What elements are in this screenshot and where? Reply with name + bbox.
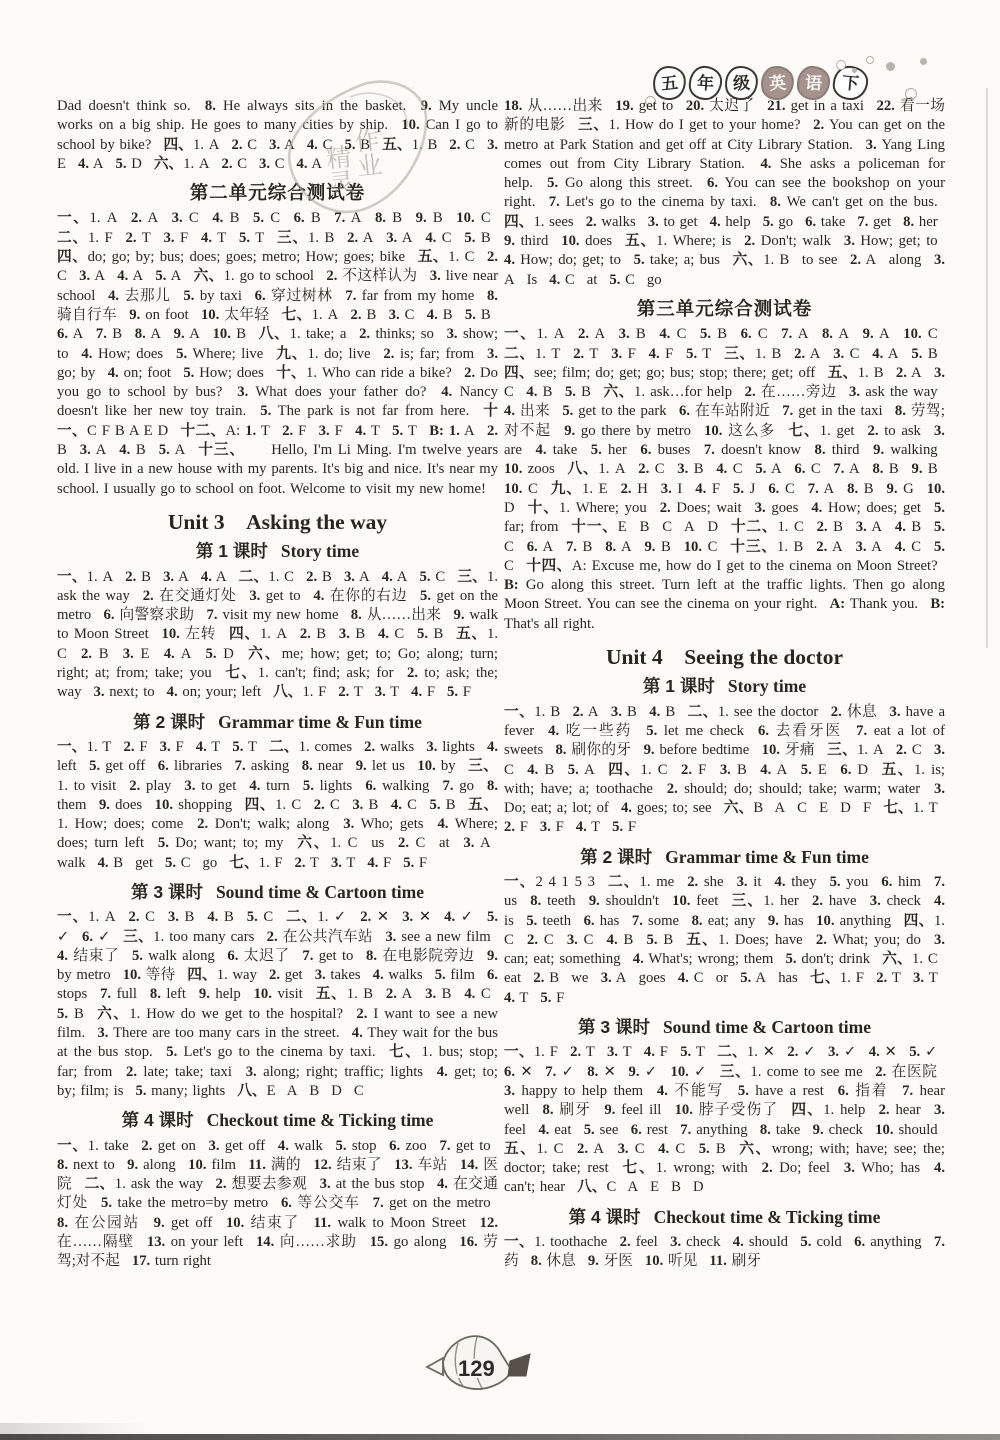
page-number: 129 <box>458 1356 495 1381</box>
unit3-lesson3-answers: 一、1. A 2. C 3. B 4. B 5. C 二、1. ✓ 2. ✕ 3… <box>57 908 498 1101</box>
unit3-lesson4-title: 第 4 课时Checkout time & Ticking time <box>57 1111 498 1130</box>
scan-edge-artifact <box>986 88 988 648</box>
lesson-number: 第 3 课时 <box>578 1017 650 1037</box>
lesson-name: Story time <box>728 676 806 696</box>
right-column: 18. 从……出来 19. get to 20. 太迟了 21. get in … <box>504 97 945 1274</box>
unit3-lesson1-answers: 一、1. A 2. B 3. A 4. A 二、1. C 2. B 3. A 4… <box>57 568 498 703</box>
scanned-answer-key-page: 五 年 级 英 语 下 作业 精灵 Dad doesn't think so. … <box>0 0 1000 1440</box>
deco-dot <box>866 56 874 64</box>
lesson-number: 第 1 课时 <box>643 676 715 696</box>
unit4-lesson2-title: 第 2 课时Grammar time & Fun time <box>504 848 945 867</box>
unit4-title: Unit 4 Seeing the doctor <box>504 648 945 667</box>
scan-edge-artifact <box>0 1434 1000 1440</box>
lesson-name: Grammar time & Fun time <box>218 712 422 732</box>
lesson-name: Sound time & Cartoon time <box>216 882 424 902</box>
unit3-lesson3-title: 第 3 课时Sound time & Cartoon time <box>57 883 498 902</box>
lesson-number: 第 2 课时 <box>133 712 205 732</box>
deco-dot <box>920 58 927 65</box>
lesson-number: 第 2 课时 <box>580 847 652 867</box>
book-title-logo: 五 年 级 英 语 下 <box>653 66 868 100</box>
lesson-name: Checkout time & Ticking time <box>207 1110 434 1130</box>
unit2-test-answers: 一、1. A 2. A 3. C 4. B 5. C 6. B 7. A 8. … <box>57 209 498 498</box>
unit3-lesson1-title: 第 1 课时Story time <box>57 542 498 561</box>
unit3-lesson4-answers-continued: 18. 从……出来 19. get to 20. 太迟了 21. get in … <box>504 97 945 290</box>
unit3-lesson2-answers: 一、1. T 2. F 3. F 4. T 5. T 二、1. comes 2.… <box>57 738 498 873</box>
unit3-test-title: 第三单元综合测试卷 <box>504 299 945 318</box>
unit3-lesson4-answers: 一、1. take 2. get on 3. get off 4. walk 5… <box>57 1137 498 1272</box>
lesson-number: 第 3 课时 <box>131 882 203 902</box>
logo-char: 英 <box>760 65 795 101</box>
answers-continuation: Dad doesn't think so. 8. He always sits … <box>57 97 498 174</box>
lesson-number: 第 4 课时 <box>569 1207 641 1227</box>
logo-char: 下 <box>832 65 870 102</box>
unit4-lesson4-title: 第 4 课时Checkout time & Ticking time <box>504 1208 945 1227</box>
lesson-number: 第 1 课时 <box>196 541 268 561</box>
lesson-name: Checkout time & Ticking time <box>654 1207 881 1227</box>
deco-dot <box>836 60 846 70</box>
unit3-lesson2-title: 第 2 课时Grammar time & Fun time <box>57 713 498 732</box>
fish-mouth <box>427 1358 443 1375</box>
unit4-lesson3-answers: 一、1. F 2. T 3. T 4. F 5. T 二、1. ✕ 2. ✓ 3… <box>504 1043 945 1197</box>
left-column: Dad doesn't think so. 8. He always sits … <box>57 97 498 1274</box>
unit4-lesson4-answers: 一、1. toothache 2. feel 3. check 4. shoul… <box>504 1233 945 1272</box>
unit4-lesson3-title: 第 3 课时Sound time & Cartoon time <box>504 1018 945 1037</box>
unit3-test-answers: 一、1. A 2. A 3. B 4. C 5. B 6. C 7. A 8. … <box>504 325 945 634</box>
page-number-fish: 129 <box>422 1331 540 1399</box>
fish-tail <box>508 1354 530 1376</box>
logo-char: 年 <box>688 65 723 101</box>
logo-char: 语 <box>796 65 831 101</box>
unit2-test-title: 第二单元综合测试卷 <box>57 183 498 202</box>
unit3-title: Unit 3 Asking the way <box>57 513 498 532</box>
unit4-lesson1-title: 第 1 课时Story time <box>504 677 945 696</box>
logo-char: 级 <box>724 65 759 101</box>
lesson-number: 第 4 课时 <box>122 1110 194 1130</box>
unit4-lesson1-answers: 一、1. B 2. A 3. B 4. B 二、1. see the docto… <box>504 703 945 838</box>
deco-dot <box>886 62 895 71</box>
unit4-lesson2-answers: 一、2 4 1 5 3 二、1. me 2. she 3. it 4. they… <box>504 873 945 1008</box>
lesson-name: Grammar time & Fun time <box>665 847 869 867</box>
deco-dot <box>852 68 857 73</box>
lesson-name: Sound time & Cartoon time <box>663 1017 871 1037</box>
lesson-name: Story time <box>281 541 359 561</box>
